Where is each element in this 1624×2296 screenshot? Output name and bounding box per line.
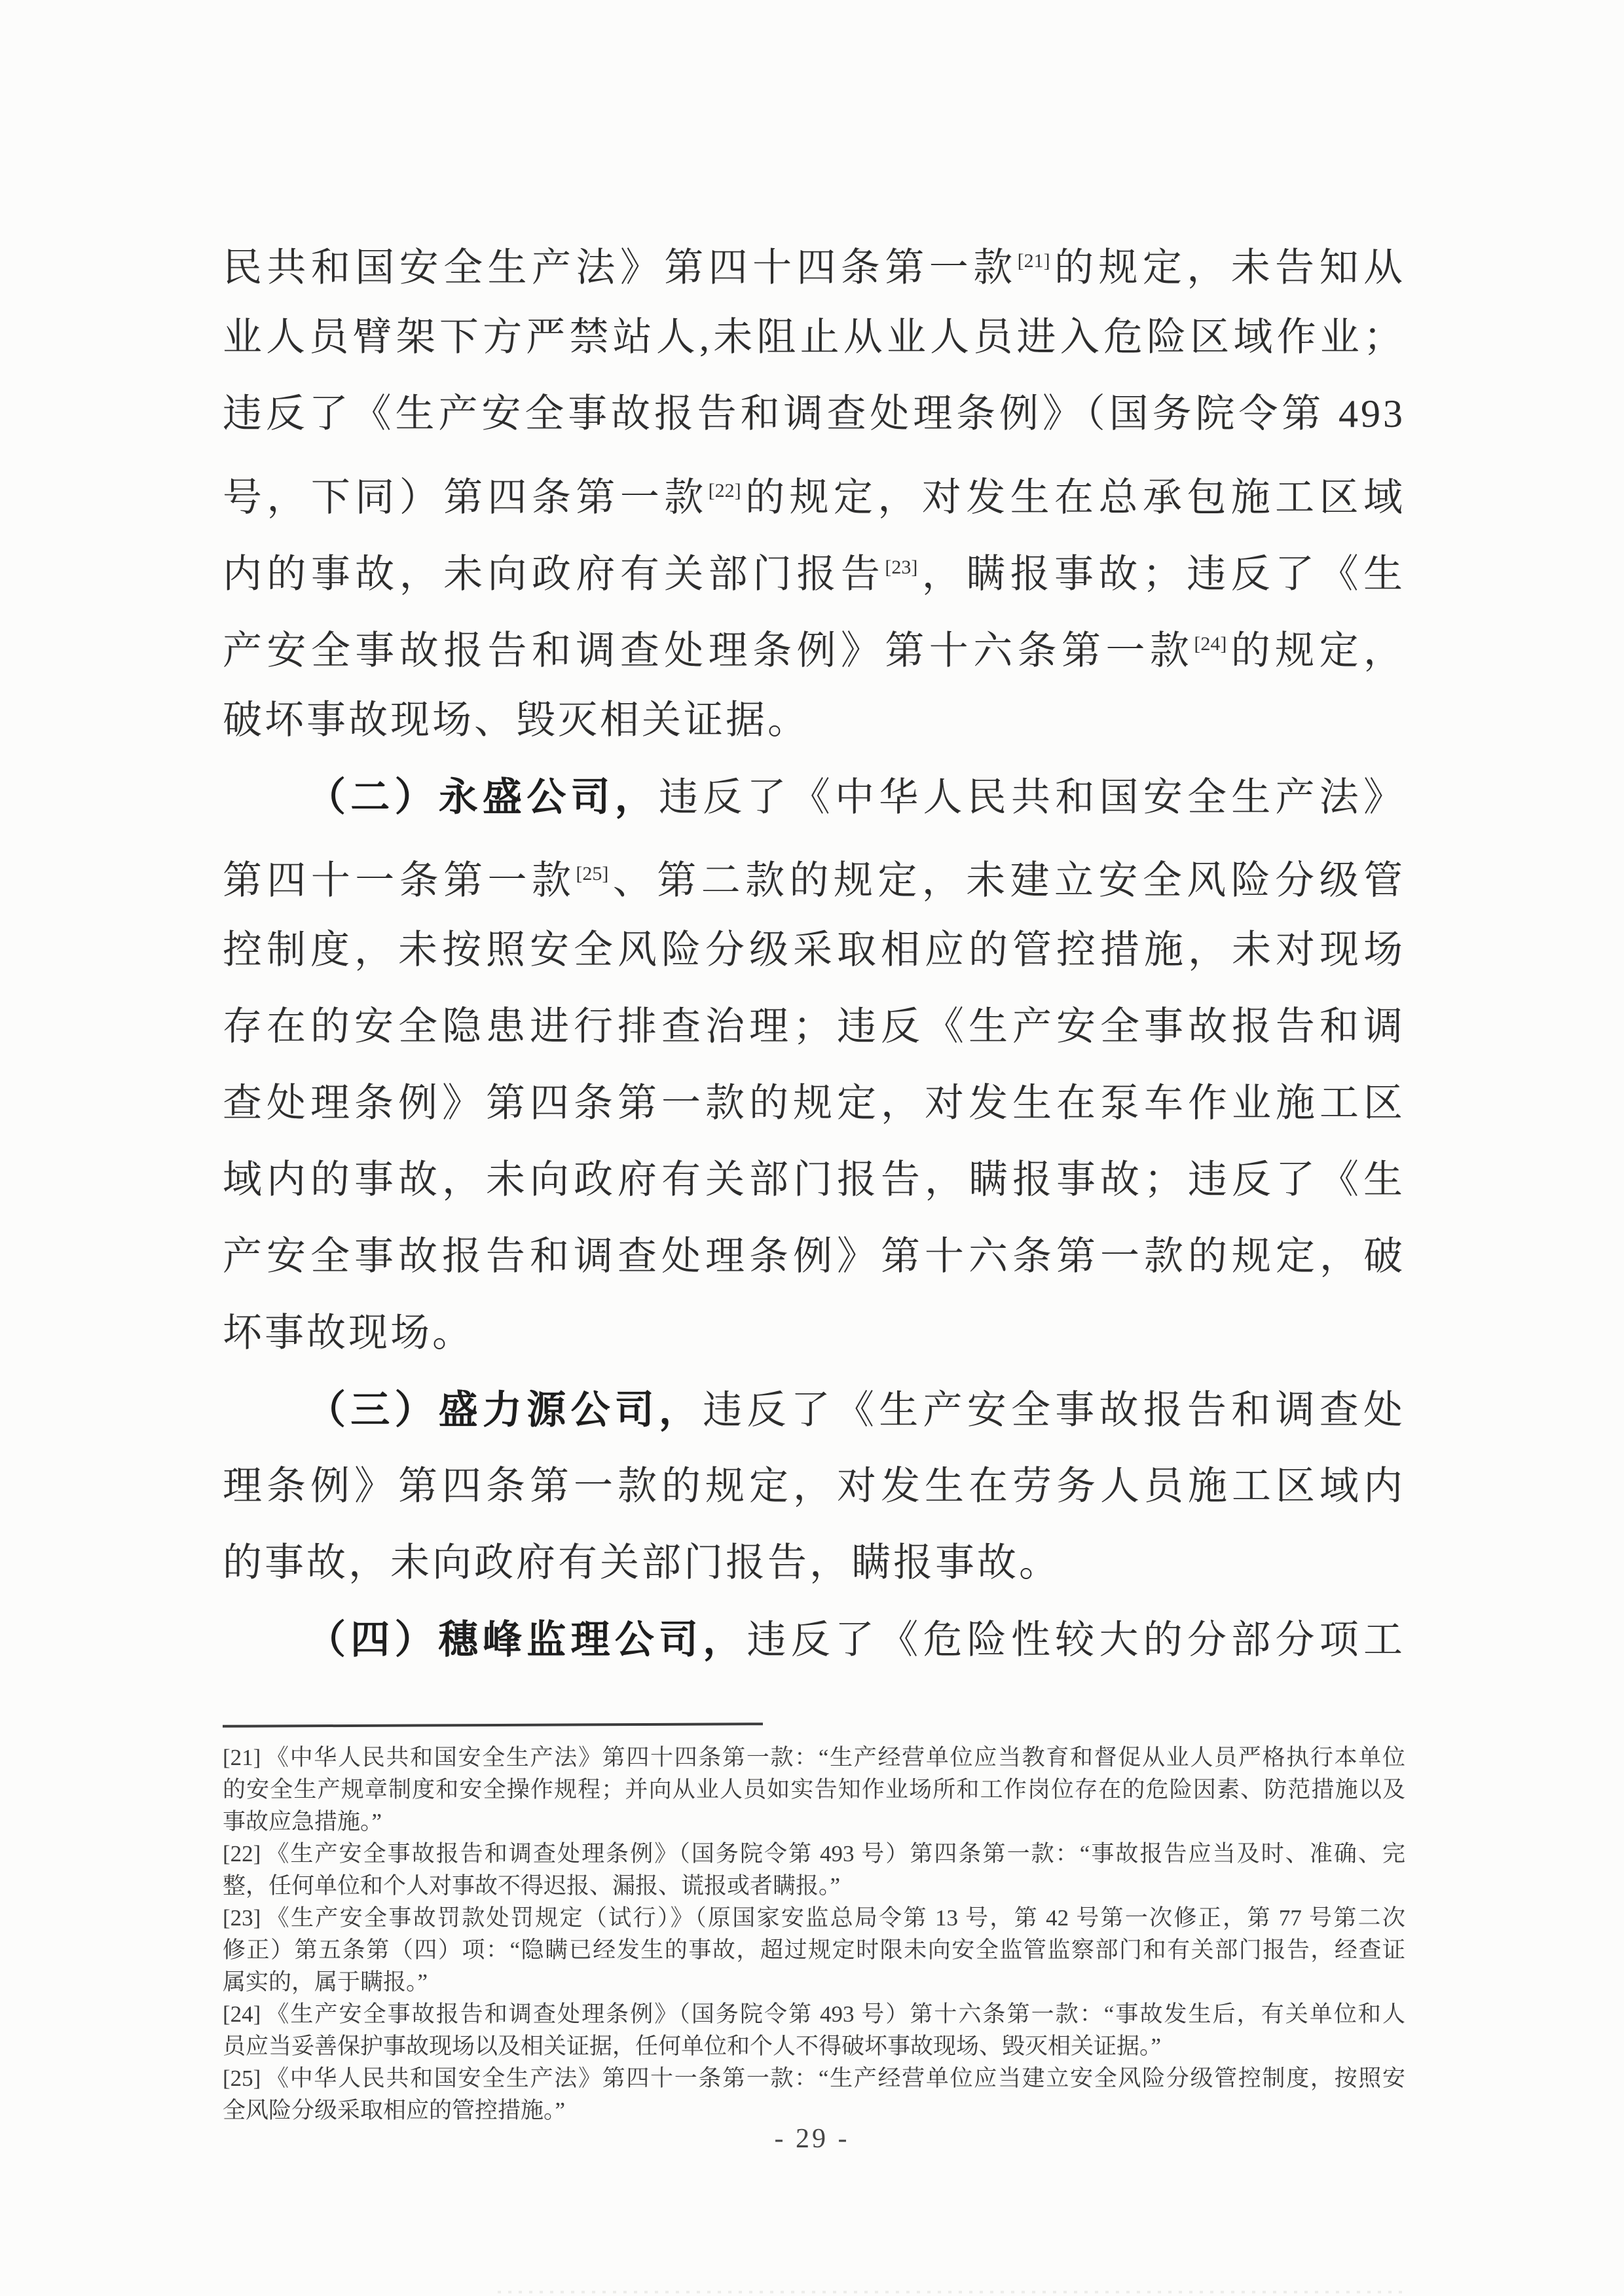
body-line: 坏事故现场。 [223, 1295, 1405, 1372]
text-run: 号，下同）第四条第一款 [223, 476, 709, 519]
footnote-reference: [25] [576, 863, 608, 884]
body-line: 控制度，未按照安全风险分级采取相应的管控措施，未对现场 [223, 912, 1405, 989]
body-text: 民共和国安全生产法》第四十四条第一款[21]的规定，未告知从业人员臂架下方严禁站… [223, 223, 1405, 1678]
text-run: 产安全事故报告和调查处理条例》第十六条第一款的规定，破 [223, 1235, 1405, 1278]
footnote-line: 的安全生产规章制度和安全操作规程；并向从业人员如实告知作业场所和工作岗位存在的危… [223, 1774, 1405, 1806]
footnote-separator [223, 1722, 763, 1728]
text-run: 的规定，未告知从 [1052, 246, 1405, 289]
footnote-reference: [23] [885, 556, 917, 578]
text-run: 违反了《生产安全事故报告和调查处 [703, 1389, 1405, 1432]
body-line: 域内的事故，未向政府有关部门报告，瞒报事故；违反了《生 [223, 1142, 1405, 1218]
footnote-line: [23]《生产安全事故罚款处罚规定（试行）》（原国家安监总局令第 13 号，第 … [223, 1902, 1405, 1934]
body-line: 产安全事故报告和调查处理条例》第十六条第一款的规定，破 [223, 1218, 1405, 1295]
footnote-marker: [24] [223, 2001, 261, 2027]
footnote-line: 员应当妥善保护事故现场以及相关证据，任何单位和个人不得破坏事故现场、毁灭相关证据… [223, 2030, 1405, 2062]
footnote-reference: [22] [709, 480, 741, 501]
footnote-line: 属实的，属于瞒报。” [223, 1966, 1405, 1998]
text-run: 查处理条例》第四条第一款的规定，对发生在泵车作业施工区 [223, 1082, 1405, 1125]
text-run: 存在的安全隐患进行排查治理；违反《生产安全事故报告和调 [223, 1005, 1405, 1048]
body-line: 号，下同）第四条第一款[22]的规定，对发生在总承包施工区域 [223, 452, 1405, 529]
section-heading: （二）永盛公司， [306, 775, 659, 819]
text-run: 的事故，未向政府有关部门报告，瞒报事故。 [223, 1541, 1061, 1584]
page-number: - 29 - [0, 2123, 1624, 2155]
body-line: （二）永盛公司，违反了《中华人民共和国安全生产法》 [223, 759, 1405, 835]
text-run: 业人员臂架下方严禁站人,未阻止从业人员进入危险区域作业； [223, 316, 1405, 359]
text-run: 、第二款的规定，未建立安全风险分级管 [610, 859, 1405, 902]
text-run: 修正）第五条第（四）项：“隐瞒已经发生的事故，超过规定时限未向安全监管监察部门和… [223, 1937, 1405, 1963]
text-run: 《中华人民共和国安全生产法》第四十一条第一款：“生产经营单位应当建立安全风险分级… [265, 2066, 1405, 2091]
text-run: 破坏事故现场、毁灭相关证据。 [223, 699, 809, 742]
text-run: 民共和国安全生产法》第四十四条第一款 [223, 246, 1018, 289]
text-run: 《中华人民共和国安全生产法》第四十四条第一款：“生产经营单位应当教育和督促从业人… [265, 1745, 1405, 1770]
body-line: 内的事故，未向政府有关部门报告[23]，瞒报事故；违反了《生 [223, 529, 1405, 606]
body-line: 的事故，未向政府有关部门报告，瞒报事故。 [223, 1525, 1405, 1601]
body-line: 业人员臂架下方严禁站人,未阻止从业人员进入危险区域作业； [223, 299, 1405, 376]
text-run: 违反了《生产安全事故报告和调查处理条例》（国务院令第 493 [223, 392, 1405, 435]
body-line: （三）盛力源公司，违反了《生产安全事故报告和调查处 [223, 1372, 1405, 1448]
text-run: 控制度，未按照安全风险分级采取相应的管控措施，未对现场 [223, 928, 1405, 972]
text-run: 域内的事故，未向政府有关部门报告，瞒报事故；违反了《生 [223, 1158, 1405, 1201]
footnote-marker: [21] [223, 1745, 261, 1770]
text-run: 事故应急措施。” [223, 1809, 382, 1834]
body-line: 产安全事故报告和调查处理条例》第十六条第一款[24]的规定， [223, 606, 1405, 682]
text-run: 坏事故现场。 [223, 1311, 474, 1355]
footnote-reference: [21] [1018, 250, 1050, 272]
text-run: 理条例》第四条第一款的规定，对发生在劳务人员施工区域内 [223, 1465, 1405, 1508]
section-heading: （四）穗峰监理公司， [306, 1618, 747, 1662]
footnote-line: 整，任何单位和个人对事故不得迟报、漏报、谎报或者瞒报。” [223, 1870, 1405, 1902]
footnote-line: [25]《中华人民共和国安全生产法》第四十一条第一款：“生产经营单位应当建立安全… [223, 2062, 1405, 2094]
scan-bleed-artifact [498, 2291, 1408, 2293]
footnote-line: [24]《生产安全事故报告和调查处理条例》（国务院令第 493 号）第十六条第一… [223, 1998, 1405, 2030]
text-run: 的规定， [1228, 629, 1405, 672]
body-line: 存在的安全隐患进行排查治理；违反《生产安全事故报告和调 [223, 989, 1405, 1065]
text-run: 产安全事故报告和调查处理条例》第十六条第一款 [223, 629, 1194, 672]
footnote-marker: [23] [223, 1905, 261, 1931]
footnote-line: 全风险分级采取相应的管控措施。” [223, 2094, 1405, 2126]
text-run: 整，任何单位和个人对事故不得迟报、漏报、谎报或者瞒报。” [223, 1873, 840, 1899]
text-run: 内的事故，未向政府有关部门报告 [223, 553, 885, 596]
footnotes: [21]《中华人民共和国安全生产法》第四十四条第一款：“生产经营单位应当教育和督… [223, 1741, 1405, 2126]
text-run: ，瞒报事故；违反了《生 [919, 553, 1405, 596]
footnote-line: [22]《生产安全事故报告和调查处理条例》（国务院令第 493 号）第四条第一款… [223, 1838, 1405, 1870]
footnote-line: [21]《中华人民共和国安全生产法》第四十四条第一款：“生产经营单位应当教育和督… [223, 1741, 1405, 1774]
body-line: 违反了《生产安全事故报告和调查处理条例》（国务院令第 493 [223, 376, 1405, 452]
section-heading: （三）盛力源公司， [306, 1388, 703, 1432]
text-run: 的规定，对发生在总承包施工区域 [743, 476, 1405, 519]
footnote-marker: [25] [223, 2066, 261, 2091]
body-line: （四）穗峰监理公司，违反了《危险性较大的分部分项工 [223, 1601, 1405, 1678]
text-run: 全风险分级采取相应的管控措施。” [223, 2098, 565, 2123]
text-run: 《生产安全事故罚款处罚规定（试行）》（原国家安监总局令第 13 号，第 42 号… [265, 1905, 1405, 1931]
text-run: 员应当妥善保护事故现场以及相关证据，任何单位和个人不得破坏事故现场、毁灭相关证据… [223, 2033, 1161, 2059]
text-run: 违反了《中华人民共和国安全生产法》 [659, 776, 1405, 819]
text-run: 《生产安全事故报告和调查处理条例》（国务院令第 493 号）第四条第一款：“事故… [265, 1841, 1405, 1867]
text-run: 第四十一条第一款 [223, 859, 576, 902]
footnote-line: 修正）第五条第（四）项：“隐瞒已经发生的事故，超过规定时限未向安全监管监察部门和… [223, 1934, 1405, 1966]
body-line: 理条例》第四条第一款的规定，对发生在劳务人员施工区域内 [223, 1448, 1405, 1525]
text-run: 的安全生产规章制度和安全操作规程；并向从业人员如实告知作业场所和工作岗位存在的危… [223, 1777, 1405, 1802]
body-line: 民共和国安全生产法》第四十四条第一款[21]的规定，未告知从 [223, 223, 1405, 299]
footnote-line: 事故应急措施。” [223, 1806, 1405, 1838]
footnote-reference: [24] [1194, 633, 1227, 655]
footnote-marker: [22] [223, 1841, 261, 1867]
body-line: 查处理条例》第四条第一款的规定，对发生在泵车作业施工区 [223, 1065, 1405, 1142]
body-line: 破坏事故现场、毁灭相关证据。 [223, 682, 1405, 759]
text-run: 《生产安全事故报告和调查处理条例》（国务院令第 493 号）第十六条第一款：“事… [265, 2001, 1405, 2027]
document-page: 民共和国安全生产法》第四十四条第一款[21]的规定，未告知从业人员臂架下方严禁站… [0, 0, 1624, 2296]
text-run: 属实的，属于瞒报。” [223, 1969, 428, 1995]
body-line: 第四十一条第一款[25]、第二款的规定，未建立安全风险分级管 [223, 835, 1405, 912]
text-run: 违反了《危险性较大的分部分项工 [747, 1618, 1406, 1662]
